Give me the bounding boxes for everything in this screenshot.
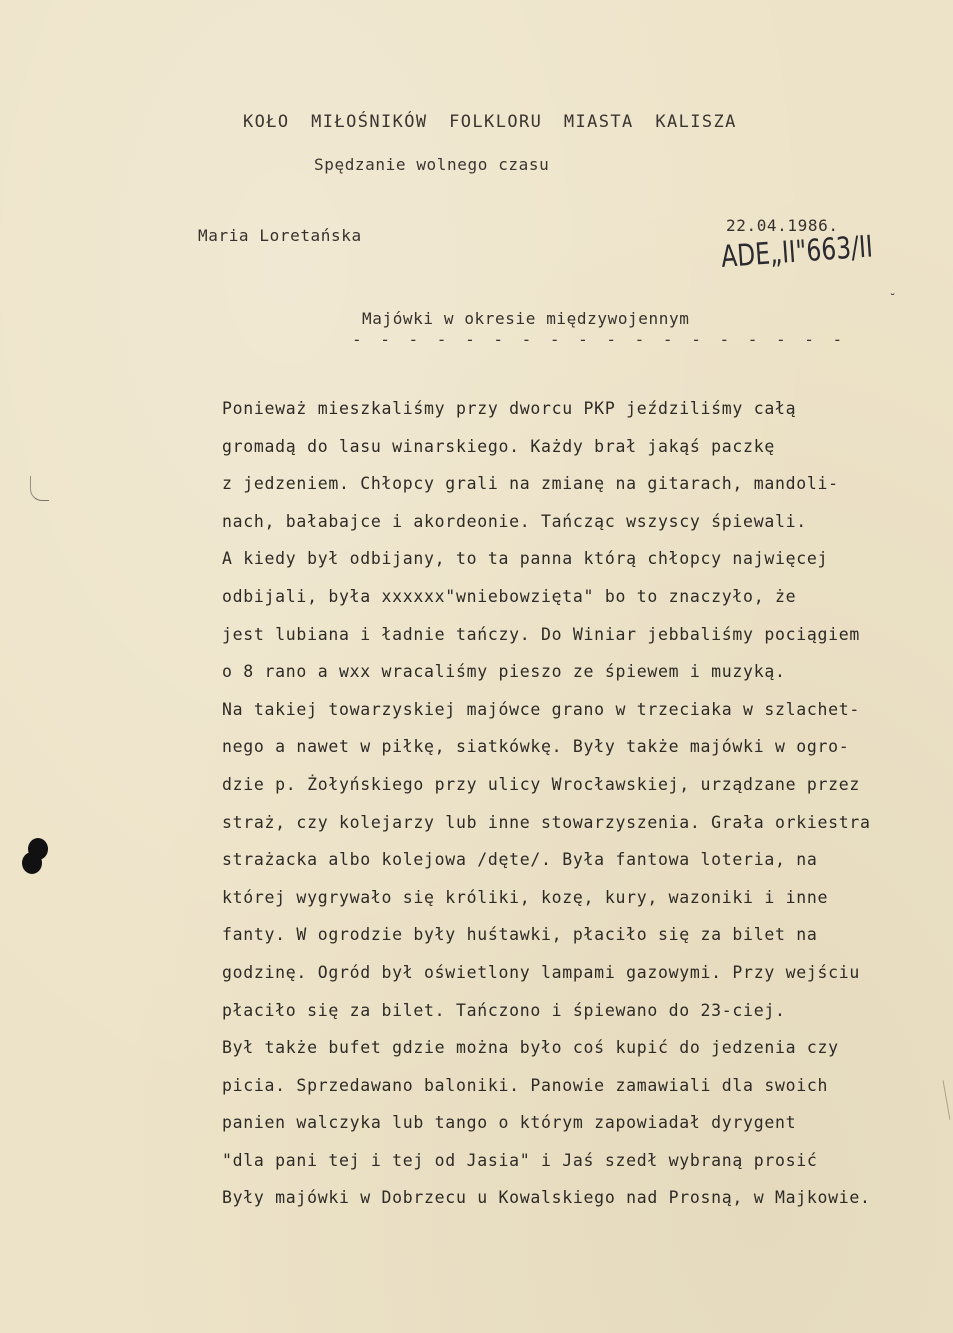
body-text: Ponieważ mieszkaliśmy przy dworcu PKP je… [222,390,952,1217]
body-line: A kiedy był odbijany, to ta panna którą … [222,540,952,578]
margin-pencil-mark [30,476,49,501]
body-line: której wygrywało się króliki, kozę, kury… [222,879,952,917]
body-line: płaciło się za bilet. Tańczono i śpiewan… [222,992,952,1030]
body-line: Na takiej towarzyskiej majówce grano w t… [222,691,952,729]
body-line: straż, czy kolejarzy lub inne stowarzysz… [222,804,952,842]
document-title: Majówki w okresie międzywojennym [362,309,689,328]
body-line: Były majówki w Dobrzecu u Kowalskiego na… [222,1179,952,1217]
body-line: strażacka albo kolejowa /dęte/. Była fan… [222,841,952,879]
body-line: gromadą do lasu winarskiego. Każdy brał … [222,428,952,466]
body-line: panien walczyka lub tango o którym zapow… [222,1104,952,1142]
ink-blot [22,838,48,874]
title-underline: - - - - - - - - - - - - - - - - - - [352,330,847,349]
body-line: jest lubiana i ładnie tańczy. Do Winiar … [222,616,952,654]
body-line: Był także bufet gdzie można było coś kup… [222,1029,952,1067]
subject-line: Spędzanie wolnego czasu [314,155,549,174]
body-line: picia. Sprzedawano baloniki. Panowie zam… [222,1067,952,1105]
body-line: fanty. W ogrodzie były huśtawki, płaciło… [222,916,952,954]
body-line: odbijali, była xxxxxx"wniebowzięta" bo t… [222,578,952,616]
body-line: "dla pani tej i tej od Jasia" i Jaś szed… [222,1142,952,1180]
organization-header: KOŁO MIŁOŚNIKÓW FOLKLORU MIASTA KALISZA [243,112,737,132]
body-line: nach, bałabajce i akordeonie. Tańcząc ws… [222,503,952,541]
body-line: z jedzeniem. Chłopcy grali na zmianę na … [222,465,952,503]
body-line: dzie p. Żołyńskiego przy ulicy Wrocławsk… [222,766,952,804]
body-line: nego a nawet w piłkę, siatkówkę. Były ta… [222,728,952,766]
body-line: Ponieważ mieszkaliśmy przy dworcu PKP je… [222,390,952,428]
author-name: Maria Loretańska [198,226,362,245]
body-line: godzinę. Ogród był oświetlony lampami ga… [222,954,952,992]
check-mark-icon: ˘ [889,292,896,306]
body-line: o 8 rano a wxx wracaliśmy pieszo ze śpie… [222,653,952,691]
